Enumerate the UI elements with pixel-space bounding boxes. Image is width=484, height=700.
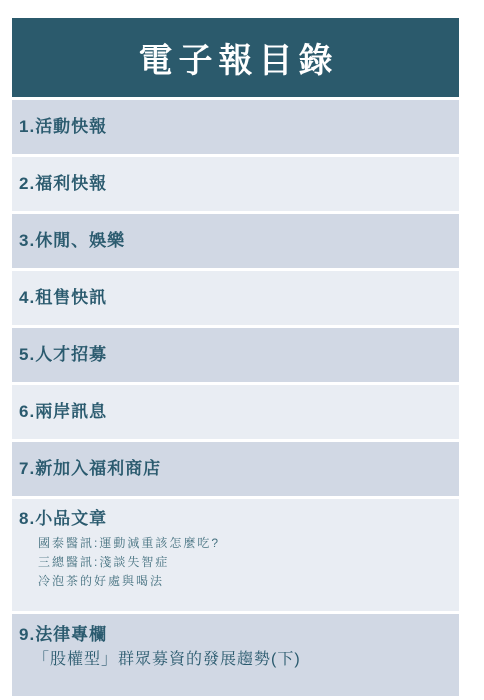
toc-item-label: 新加入福利商店 bbox=[35, 459, 161, 478]
toc-item-number: 2. bbox=[19, 174, 35, 193]
toc-item-number: 5. bbox=[19, 345, 35, 364]
toc-item-number: 8. bbox=[19, 509, 35, 528]
toc-item-2[interactable]: 2.福利快報 bbox=[19, 172, 107, 196]
toc-item-label: 福利快報 bbox=[35, 174, 107, 193]
toc-item-4[interactable]: 4.租售快訊 bbox=[19, 286, 107, 310]
toc-row-7: 7.新加入福利商店 bbox=[12, 442, 459, 496]
toc-item-7[interactable]: 7.新加入福利商店 bbox=[19, 457, 161, 481]
toc-row-6: 6.兩岸訊息 bbox=[12, 385, 459, 439]
toc-item-number: 9. bbox=[19, 625, 35, 644]
toc-item-1[interactable]: 1.活動快報 bbox=[19, 115, 107, 139]
toc-row-9: 9.法律專欄 「股權型」群眾募資的發展趨勢(下) bbox=[12, 614, 459, 696]
toc-subitem[interactable]: 國泰醫訊:運動減重該怎麼吃? bbox=[38, 534, 220, 553]
toc-item-8[interactable]: 8.小品文章 bbox=[19, 507, 107, 531]
toc-sublist-8: 國泰醫訊:運動減重該怎麼吃? 三總醫訊:淺談失智症 冷泡茶的好處與喝法 bbox=[19, 534, 459, 591]
toc-row-4: 4.租售快訊 bbox=[12, 271, 459, 325]
toc-item-label: 小品文章 bbox=[35, 509, 107, 528]
toc-subitem[interactable]: 三總醫訊:淺談失智症 bbox=[38, 553, 169, 572]
toc-list: 1.活動快報 2.福利快報 3.休閒、娛樂 4.租售快訊 5.人才招募 6.兩岸… bbox=[12, 100, 459, 696]
toc-row-1: 1.活動快報 bbox=[12, 100, 459, 154]
toc-item-6[interactable]: 6.兩岸訊息 bbox=[19, 400, 107, 424]
toc-item-5[interactable]: 5.人才招募 bbox=[19, 343, 107, 367]
toc-item-label: 休閒、娛樂 bbox=[35, 231, 125, 250]
toc-item-label: 租售快訊 bbox=[35, 288, 107, 307]
toc-sublist-9: 「股權型」群眾募資的發展趨勢(下) bbox=[19, 648, 459, 671]
toc-subitem[interactable]: 「股權型」群眾募資的發展趨勢(下) bbox=[19, 648, 301, 671]
toc-item-label: 法律專欄 bbox=[35, 625, 107, 644]
toc-item-label: 活動快報 bbox=[35, 117, 107, 136]
newsletter-page: 電子報目錄 1.活動快報 2.福利快報 3.休閒、娛樂 4.租售快訊 5.人才招… bbox=[0, 0, 484, 696]
toc-row-3: 3.休閒、娛樂 bbox=[12, 214, 459, 268]
newsletter-header: 電子報目錄 bbox=[12, 18, 459, 97]
toc-item-3[interactable]: 3.休閒、娛樂 bbox=[19, 229, 125, 253]
page-title: 電子報目錄 bbox=[133, 33, 339, 82]
toc-row-2: 2.福利快報 bbox=[12, 157, 459, 211]
toc-item-number: 1. bbox=[19, 117, 35, 136]
toc-item-number: 3. bbox=[19, 231, 35, 250]
toc-item-label: 人才招募 bbox=[35, 345, 107, 364]
toc-item-number: 6. bbox=[19, 402, 35, 421]
toc-item-number: 4. bbox=[19, 288, 35, 307]
toc-item-9[interactable]: 9.法律專欄 bbox=[19, 623, 107, 647]
toc-row-8: 8.小品文章 國泰醫訊:運動減重該怎麼吃? 三總醫訊:淺談失智症 冷泡茶的好處與… bbox=[12, 499, 459, 611]
toc-row-5: 5.人才招募 bbox=[12, 328, 459, 382]
toc-item-label: 兩岸訊息 bbox=[35, 402, 107, 421]
toc-item-number: 7. bbox=[19, 459, 35, 478]
toc-subitem[interactable]: 冷泡茶的好處與喝法 bbox=[38, 572, 164, 591]
